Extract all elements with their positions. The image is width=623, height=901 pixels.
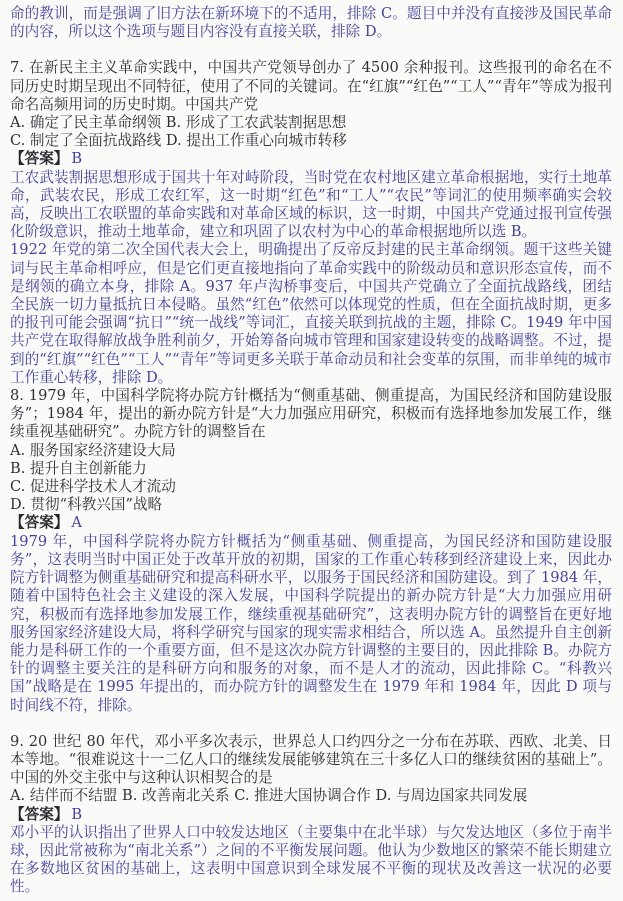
answer-value: B [71, 150, 82, 167]
question-9-answer-line: 【答案】B [10, 806, 612, 824]
answer-label: 【答案】 [10, 806, 68, 823]
question-8-stem: 8. 1979 年，中国科学院将办院方针概括为“侧重基础、侧重提高，为国民经济和… [10, 387, 612, 442]
answer-value: B [71, 806, 82, 823]
question-7-block: 7. 在新民主主义革命实践中，中国共产党领导创办了 4500 余种报刊。这些报刊… [10, 59, 612, 387]
question-9-block: 9. 20 世纪 80 年代，邓小平多次表示，世界总人口约四分之一分布在苏联、西… [10, 733, 612, 897]
question-8-block: 8. 1979 年，中国科学院将办院方针概括为“侧重基础、侧重提高，为国民经济和… [10, 387, 612, 715]
answer-label: 【答案】 [10, 150, 68, 167]
question-7-stem: 7. 在新民主主义革命实践中，中国共产党领导创办了 4500 余种报刊。这些报刊… [10, 59, 612, 114]
question-7-explanation-paragraph-2: 1922 年党的第二次全国代表大会上，明确提出了反帝反封建的民主革命纲领。题干这… [10, 241, 612, 387]
question-8-option-a: A. 服务国家经济建设大局 [10, 442, 612, 460]
question-8-option-d: D. 贯彻“科教兴国”战略 [10, 496, 612, 514]
question-7-options-line-2: C. 制定了全面抗战路线 D. 提出工作重心向城市转移 [10, 132, 612, 150]
question-8-option-b: B. 提升自主创新能力 [10, 460, 612, 478]
question-8-answer-line: 【答案】A [10, 514, 612, 532]
question-9-stem: 9. 20 世纪 80 年代，邓小平多次表示，世界总人口约四分之一分布在苏联、西… [10, 733, 612, 788]
question-7-answer-line: 【答案】B [10, 150, 612, 168]
exam-document-page: 命的教训，而是强调了旧方法在新环境下的不适用，排除 C。题目中并没有直接涉及国民… [0, 0, 623, 901]
question-7-options-line-1: A. 确定了民主革命纲领 B. 形成了工农武装割据思想 [10, 114, 612, 132]
answer-label: 【答案】 [10, 514, 68, 531]
question-7-explanation-paragraph-1: 工农武装割据思想形成于国共十年对峙阶段，当时党在农村地区建立革命根据地，实行土地… [10, 169, 612, 242]
answer-value: A [71, 514, 82, 531]
intro-explanation-paragraph: 命的教训，而是强调了旧方法在新环境下的不适用，排除 C。题目中并没有直接涉及国民… [10, 5, 612, 41]
question-9-explanation-paragraph-1: 邓小平的认识指出了世界人口中较发达地区（主要集中在北半球）与欠发达地区（多位于南… [10, 824, 612, 897]
question-8-option-c: C. 促进科学技术人才流动 [10, 478, 612, 496]
question-8-explanation-paragraph-1: 1979 年，中国科学院将办院方针概括为“侧重基础、侧重提高，为国民经济和国防建… [10, 533, 612, 715]
question-9-options-line-1: A. 结伴而不结盟 B. 改善南北关系 C. 推进大国协调合作 D. 与周边国家… [10, 787, 612, 805]
